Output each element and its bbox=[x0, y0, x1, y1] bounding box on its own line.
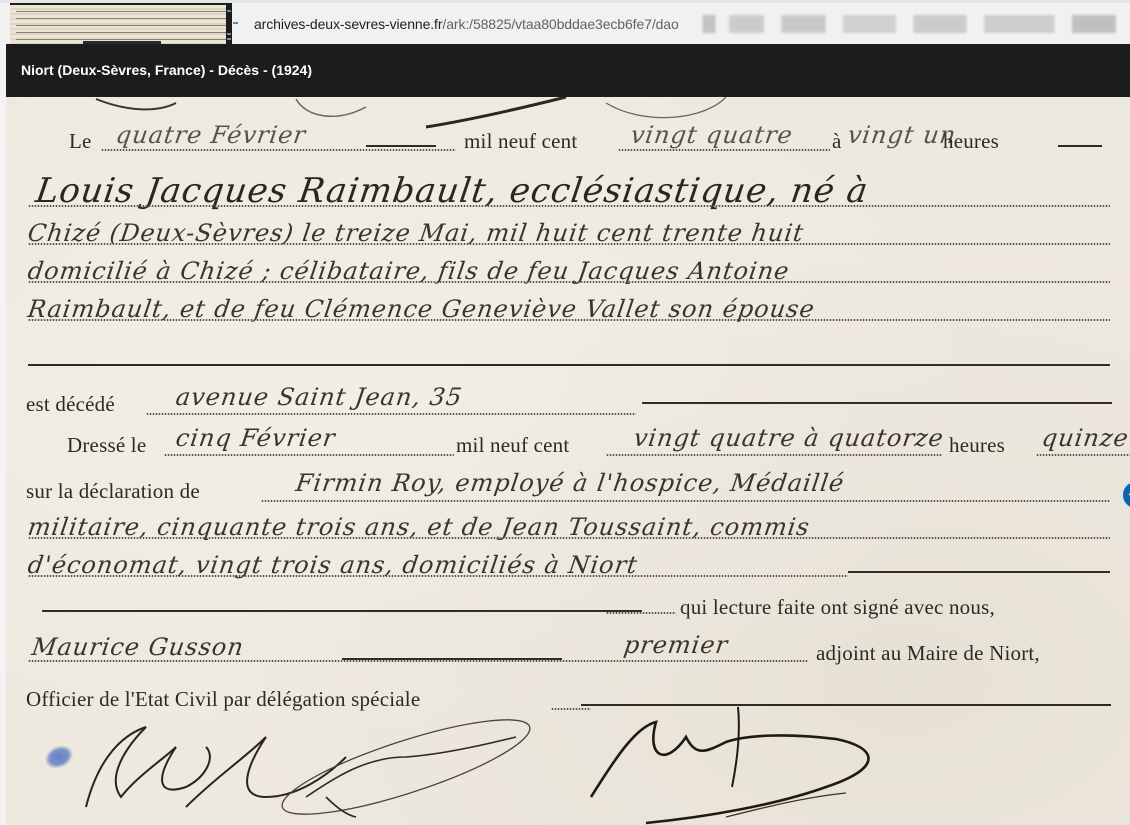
fill-dots bbox=[606, 612, 676, 614]
fill-dots bbox=[28, 537, 1110, 539]
printed-adjoint: adjoint au Maire de Niort, bbox=[816, 641, 1040, 666]
printed-heures-2: heures bbox=[949, 433, 1005, 458]
hand-declarant-1: Firmin Roy, employé à l'hospice, Médaill… bbox=[294, 469, 846, 497]
thumbnail-scroll-rail[interactable] bbox=[226, 3, 232, 44]
fill-dots bbox=[28, 660, 808, 662]
fill-dots bbox=[164, 454, 454, 456]
printed-dresse-le: Dressé le bbox=[67, 433, 146, 458]
address-bar-url[interactable]: archives-deux-sevres-vienne.fr/ark:/5882… bbox=[254, 14, 679, 34]
fill-dots bbox=[28, 243, 1110, 245]
signature-roy bbox=[86, 727, 210, 807]
hand-death-day: quatre Février bbox=[114, 121, 308, 149]
thumb-line bbox=[16, 18, 226, 19]
signature-gusson bbox=[591, 722, 869, 823]
fill-dots bbox=[146, 413, 636, 415]
thumb-line bbox=[16, 25, 226, 26]
fill-rule bbox=[642, 402, 1112, 404]
hand-record-day: cinq Février bbox=[174, 424, 337, 452]
thumb-line bbox=[16, 39, 226, 40]
printed-sur-la-declaration: sur la déclaration de bbox=[26, 479, 200, 504]
hand-officer-rank: premier bbox=[622, 631, 730, 659]
rail-marker bbox=[227, 38, 231, 40]
fill-dots bbox=[28, 281, 1110, 283]
collapse-thumbnail-handle[interactable] bbox=[233, 22, 238, 24]
hand-death-hour: vingt un bbox=[846, 121, 958, 149]
hand-record-minutes: quinze bbox=[1040, 424, 1130, 452]
printed-le: Le bbox=[69, 129, 92, 154]
fill-dots bbox=[28, 575, 848, 577]
hand-officer-name: Maurice Gusson bbox=[30, 633, 246, 661]
viewer-title-bar: Niort (Deux-Sèvres, France) - Décès - (1… bbox=[6, 44, 1130, 97]
printed-a: à bbox=[832, 129, 842, 154]
url-host: archives-deux-sevres-vienne.fr bbox=[254, 16, 442, 32]
fill-dots bbox=[261, 500, 1110, 502]
fill-dots bbox=[1036, 454, 1130, 456]
signature-toussaint bbox=[306, 737, 516, 797]
fill-dots bbox=[28, 205, 1110, 207]
fill-rule bbox=[848, 571, 1110, 573]
page-thumbnail-preview[interactable] bbox=[10, 3, 232, 44]
rail-marker bbox=[227, 33, 231, 35]
fill-rule bbox=[1058, 145, 1102, 147]
fill-rule bbox=[342, 658, 562, 660]
document-image-viewer[interactable]: Le quatre Février mil neuf cent vingt qu… bbox=[6, 97, 1130, 825]
blank-rule bbox=[28, 364, 1110, 366]
fill-dots bbox=[618, 149, 830, 151]
thumb-line bbox=[16, 32, 226, 33]
printed-mil-neuf-cent-2: mil neuf cent bbox=[456, 433, 569, 458]
printed-est-decede: est décédé bbox=[26, 392, 115, 417]
fill-dots bbox=[606, 454, 942, 456]
thumb-line bbox=[16, 11, 226, 12]
fill-dots bbox=[101, 149, 456, 151]
fill-dots bbox=[28, 319, 1110, 321]
fill-rule bbox=[42, 610, 642, 612]
fill-rule bbox=[366, 145, 436, 147]
rail-marker bbox=[227, 10, 231, 12]
hand-record-year-hour: vingt quatre à quatorze bbox=[632, 424, 946, 452]
hand-death-place: avenue Saint Jean, 35 bbox=[174, 383, 464, 411]
browser-address-strip: archives-deux-sevres-vienne.fr/ark:/5882… bbox=[0, 0, 1130, 44]
url-path: /ark:/58825/vtaa80bddae3ecb6fe7/dao bbox=[442, 16, 678, 32]
printed-mil-neuf-cent: mil neuf cent bbox=[464, 129, 577, 154]
hand-death-year: vingt quatre bbox=[629, 121, 795, 149]
document-title: Niort (Deux-Sèvres, France) - Décès - (1… bbox=[21, 62, 312, 78]
printed-qui-lecture: qui lecture faite ont signé avec nous, bbox=[680, 595, 995, 620]
printed-heures: heures bbox=[943, 129, 999, 154]
url-obscured-tail bbox=[676, 15, 1116, 33]
signatures bbox=[6, 697, 1130, 825]
